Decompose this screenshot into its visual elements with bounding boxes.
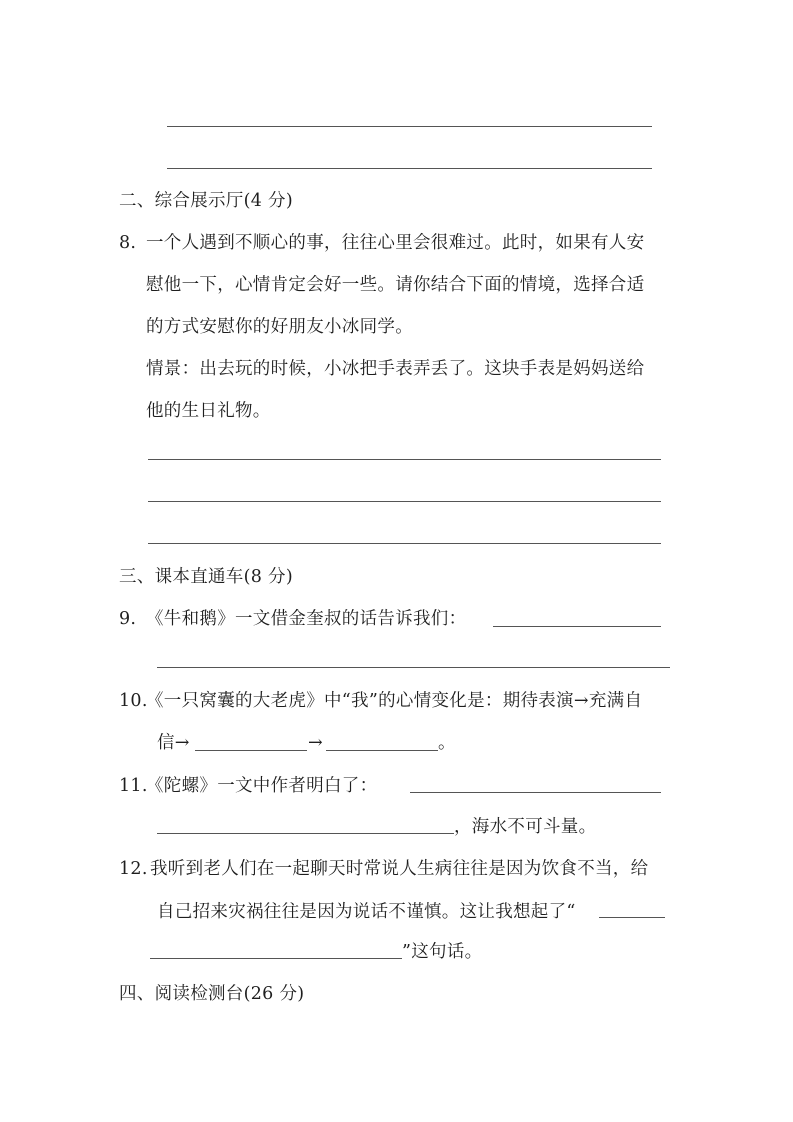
answer-line[interactable] (167, 168, 652, 169)
question-10-arrow: → (308, 732, 323, 754)
answer-line[interactable] (599, 917, 665, 918)
question-number-11: 11. (119, 775, 148, 797)
question-number-12: 12. (119, 858, 148, 880)
question-8-line-2: 慰他一下，心情肯定会好一些。请你结合下面的情境，选择合适 (146, 274, 644, 296)
question-10-line-2-start: 信→ (157, 732, 190, 754)
question-12-line-1: 我听到老人们在一起聊天时常说人生病往往是因为饮食不当，给 (150, 858, 648, 880)
section-heading-4: 四、阅读检测台(26 分) (119, 983, 304, 1005)
answer-line[interactable] (148, 501, 661, 502)
answer-line[interactable] (493, 626, 661, 627)
answer-line[interactable] (157, 667, 670, 668)
section-heading-3: 三、课本直通车(8 分) (119, 566, 293, 588)
question-number-9: 9. (119, 608, 136, 630)
question-12-line-2: 自己招来灾祸往往是因为说话不谨慎。这让我想起了“ (157, 901, 576, 923)
question-11-line-2-end: ，海水不可斗量。 (454, 816, 596, 838)
answer-blank[interactable] (195, 750, 307, 751)
answer-line[interactable] (148, 459, 661, 460)
question-8-scenario-1: 情景：出去玩的时候，小冰把手表弄丢了。这块手表是妈妈送给 (146, 358, 644, 380)
answer-line[interactable] (410, 792, 661, 793)
answer-line[interactable] (148, 543, 661, 544)
answer-blank[interactable] (326, 750, 438, 751)
question-10-line-1: 《一只窝囊的大老虎》中“我”的心情变化是：期待表演→充满自 (146, 690, 642, 712)
question-10-end: 。 (438, 732, 456, 754)
question-number-10: 10. (119, 690, 148, 712)
question-12-line-3-end: ”这句话。 (402, 941, 482, 963)
question-8-scenario-2: 他的生日礼物。 (146, 400, 271, 422)
question-8-line-1: 一个人遇到不顺心的事，往往心里会很难过。此时，如果有人安 (146, 232, 644, 254)
section-heading-2: 二、综合展示厅(4 分) (119, 190, 293, 212)
question-number-8: 8. (119, 232, 136, 254)
question-11-text: 《陀螺》一文中作者明白了： (146, 775, 377, 797)
answer-line[interactable] (157, 833, 454, 834)
question-8-line-3: 的方式安慰你的好朋友小冰同学。 (146, 316, 413, 338)
answer-line[interactable] (167, 126, 652, 127)
answer-line[interactable] (150, 958, 402, 959)
question-9-text: 《牛和鹅》一文借金奎叔的话告诉我们： (146, 608, 466, 630)
